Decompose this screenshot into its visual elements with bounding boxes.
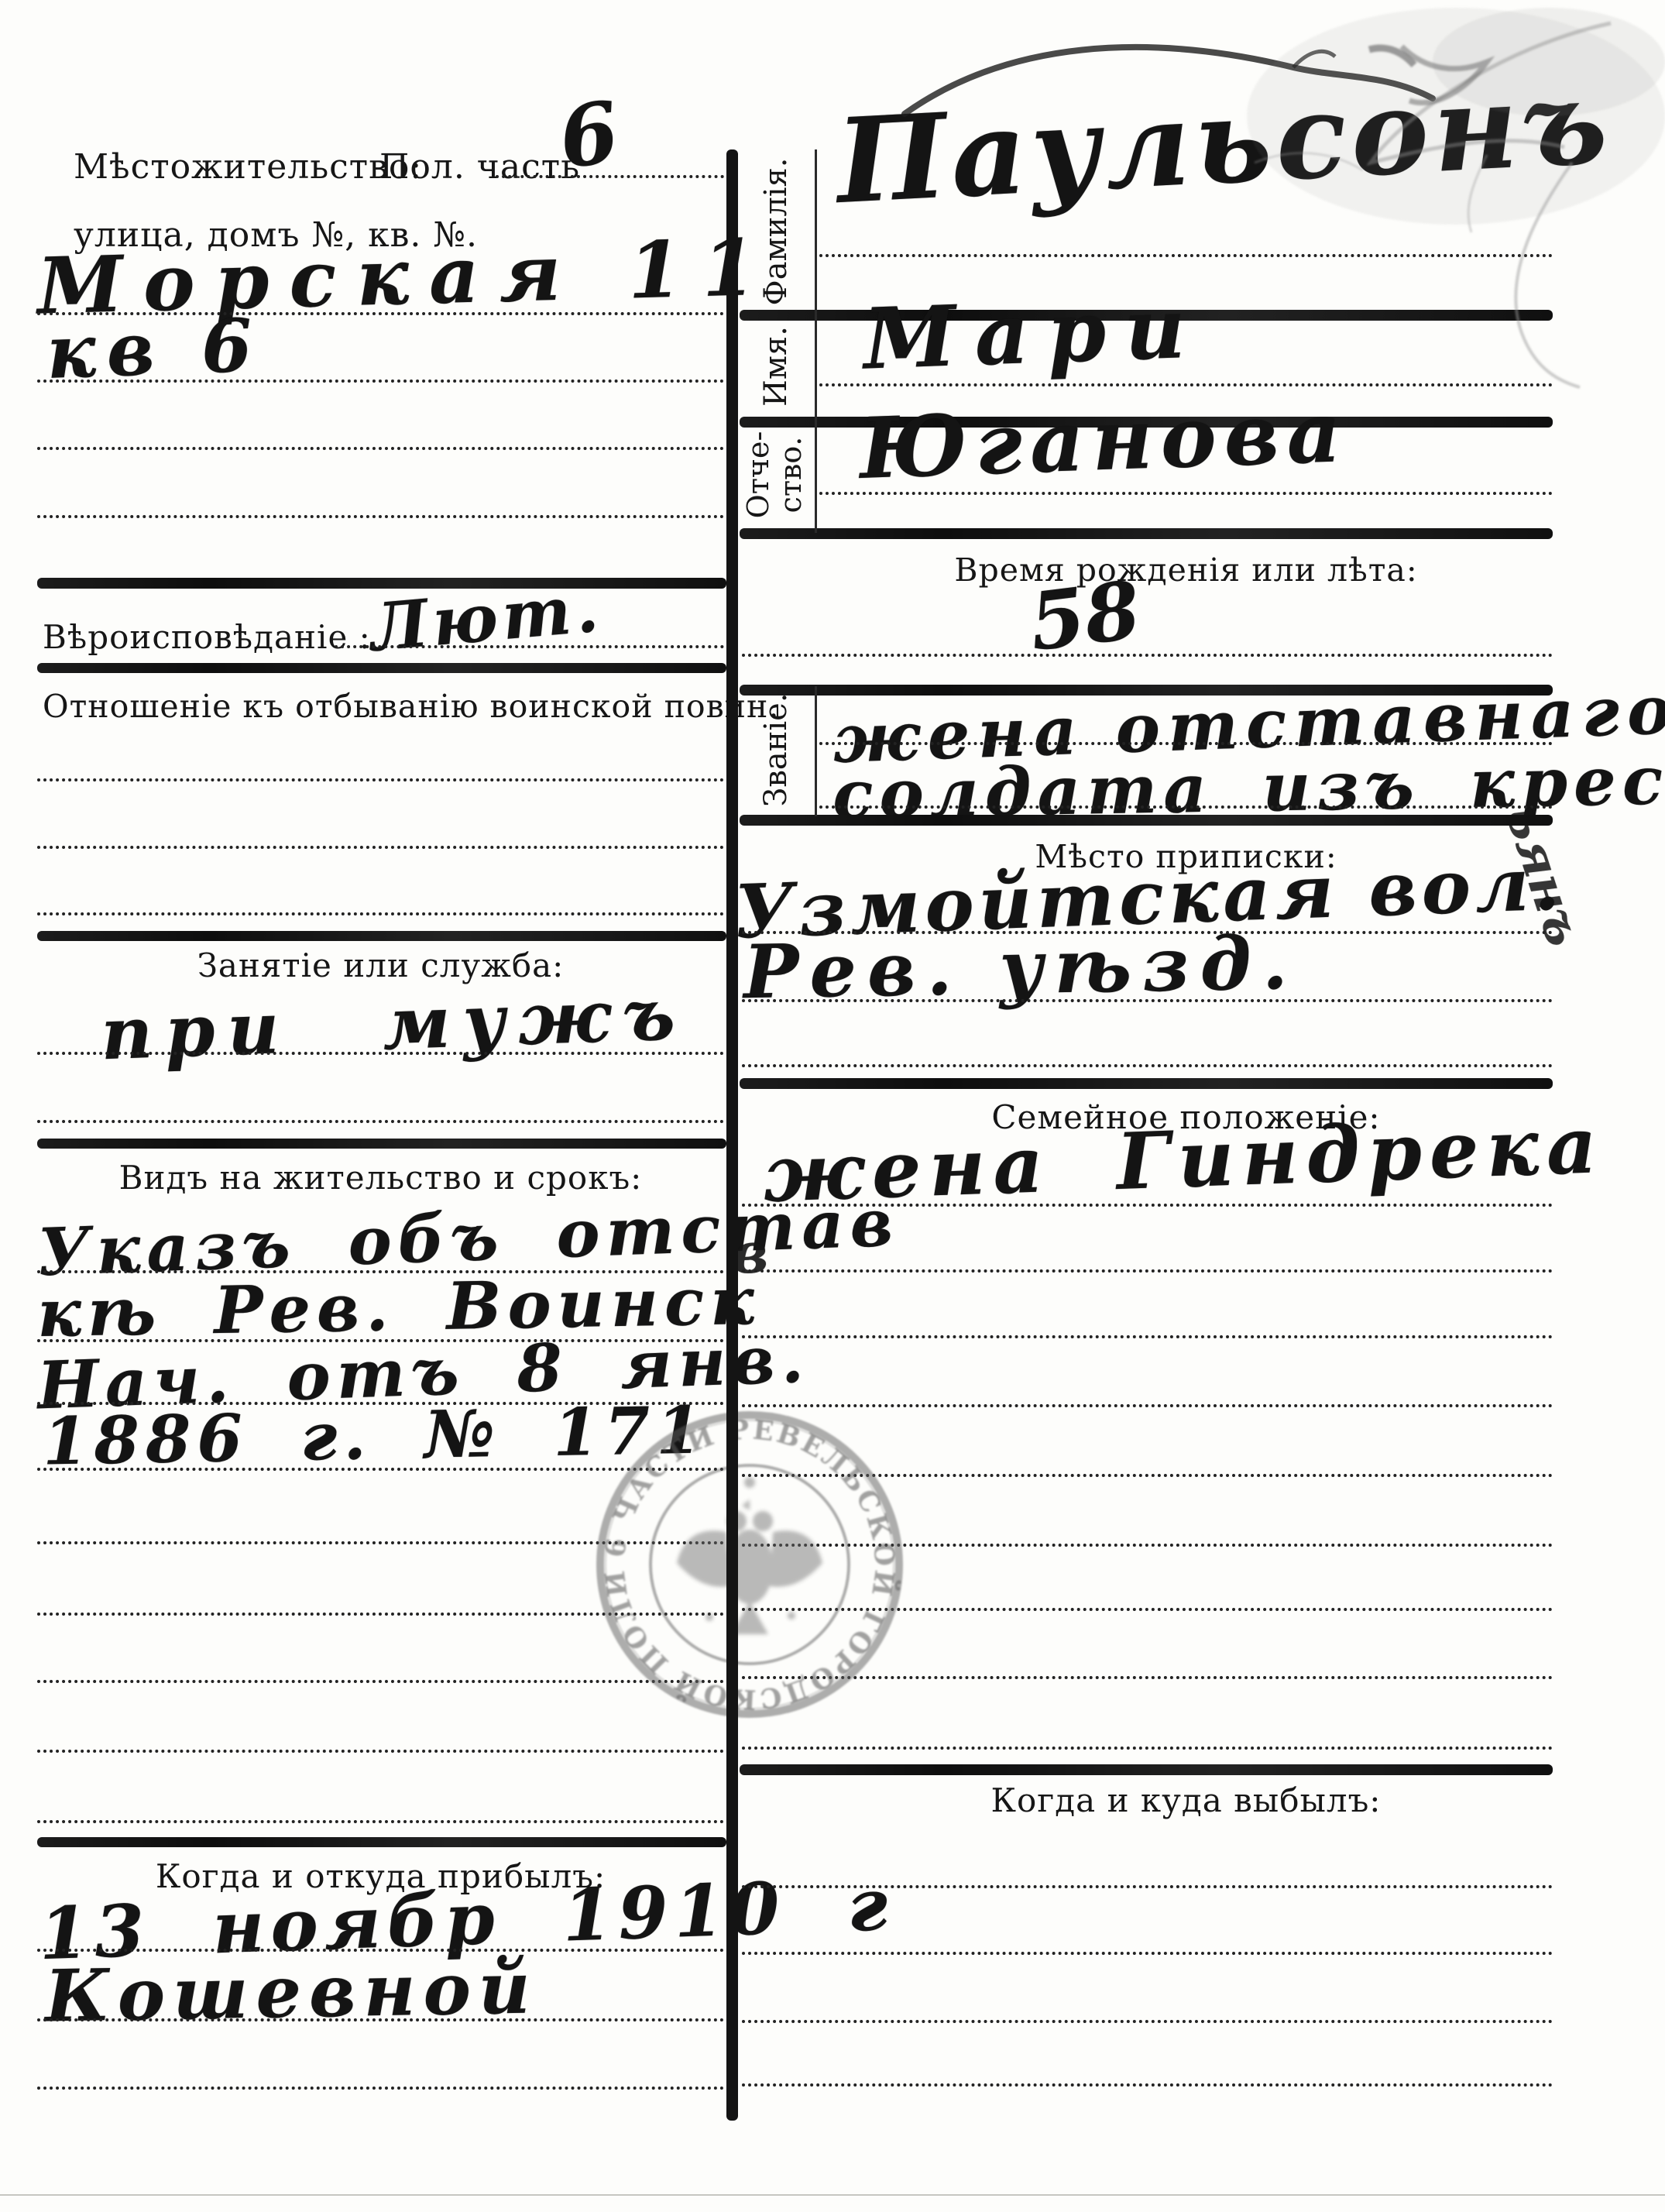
dotted-line [819, 492, 1553, 495]
column-divider-rule [726, 149, 738, 2121]
rule-bar [37, 1139, 726, 1149]
dotted-line [37, 778, 724, 781]
rule-bar [740, 528, 1553, 539]
police-round-stamp: 6 ЧАСТИ РЕВЕЛЬСКОЙ ГОРОДСКОЙ ПОЛИЦІИ ✦ П… [593, 1408, 906, 1721]
rule-bar [37, 931, 726, 941]
dotted-line [742, 1269, 1553, 1273]
dotted-line [37, 912, 724, 915]
registration-card-scan: Мѣстожительство: Пол. часть 6 улица, дом… [0, 0, 1665, 2212]
rule-bar [37, 663, 726, 673]
dotted-line [742, 1064, 1553, 1067]
dotted-line [742, 1747, 1553, 1750]
dotted-line [742, 999, 1553, 1002]
age-label: Время рожденія или лѣта: [819, 551, 1553, 589]
patronymic-rotated-label-line2: ство. [774, 437, 808, 513]
arrival-handwriting-line2: Кошевной [44, 1946, 538, 2038]
police-part-label: Пол. часть [379, 147, 580, 187]
name-rotated-label: Имя. [758, 312, 794, 421]
surname-rotated-label: Фамилія. [758, 146, 794, 317]
rule-bar [740, 815, 1553, 826]
dotted-line [37, 380, 724, 383]
name-handwriting: Мари [862, 279, 1206, 388]
residence-permit-label: Видъ на жительство и срокъ: [37, 1159, 724, 1197]
dotted-line [37, 2087, 724, 2090]
police-part-handwriting: 6 [554, 83, 625, 187]
rank-rotated-label: Званіе. [758, 684, 794, 816]
dotted-line [742, 654, 1553, 657]
dotted-line [819, 805, 1553, 809]
dotted-line [37, 1750, 724, 1753]
dotted-line [37, 1120, 724, 1123]
dotted-line [742, 1335, 1553, 1338]
patronymic-rotated-label-line1: Отче- [741, 431, 775, 519]
dotted-line [819, 742, 1553, 745]
dotted-line [742, 1404, 1553, 1407]
dotted-line [37, 447, 724, 450]
patronymic-handwriting: Юганова [858, 383, 1350, 498]
dotted-line [37, 846, 724, 849]
scan-artifact-line [0, 2194, 1665, 2196]
dotted-line [37, 1052, 724, 1055]
residence-label: Мѣстожительство: [74, 147, 422, 187]
departure-label: Когда и куда выбылъ: [819, 1781, 1553, 1819]
dotted-line [37, 515, 724, 518]
dotted-line [819, 254, 1553, 257]
rule-bar [37, 578, 726, 589]
dotted-line [742, 1204, 1553, 1207]
dotted-line [742, 2083, 1553, 2087]
dotted-line [742, 1952, 1553, 1955]
surname-handwriting: Паульсонъ [833, 53, 1615, 230]
label-separator-rule [815, 686, 817, 816]
rule-bar [740, 1078, 1553, 1089]
religion-label: Вѣроисповѣданіе : [43, 618, 371, 656]
label-separator-rule [815, 149, 817, 533]
dotted-line [37, 1820, 724, 1823]
rule-bar [37, 1837, 726, 1847]
dotted-line [335, 645, 724, 648]
occupation-handwriting: при мужъ [99, 972, 688, 1076]
double-eagle-icon [677, 1477, 822, 1634]
rule-bar [740, 1764, 1553, 1775]
dotted-line [742, 1885, 1553, 1888]
dotted-line [37, 2018, 724, 2021]
dotted-line [819, 383, 1553, 386]
dotted-line [742, 2020, 1553, 2023]
military-duty-label: Отношеніе къ отбыванію воинской повин. [43, 688, 779, 725]
